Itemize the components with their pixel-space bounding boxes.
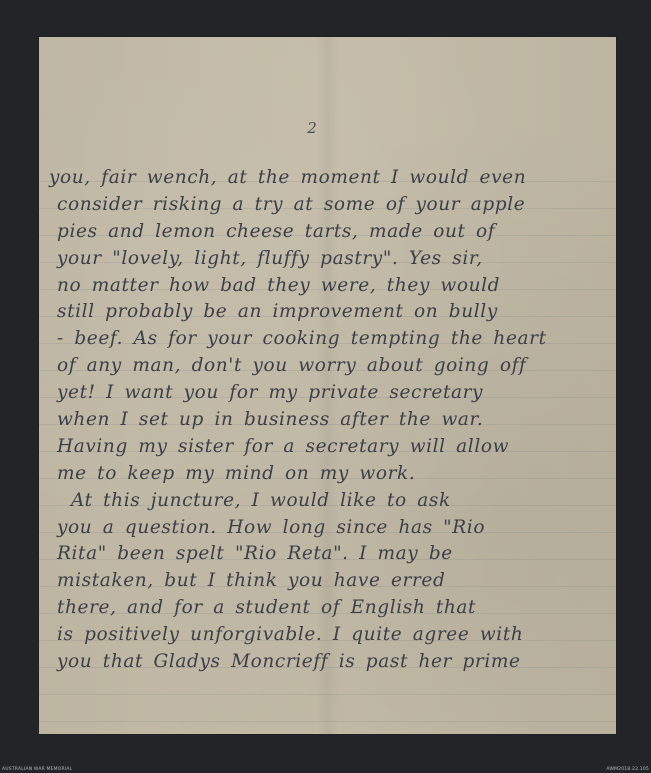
item-id-label: AWM2018.22.105: [606, 767, 649, 772]
text-line: you, fair wench, at the moment I would e…: [49, 165, 611, 192]
document-viewer: 2 you, fair wench, at the moment I would…: [0, 0, 651, 773]
text-line: you that Gladys Moncrieff is past her pr…: [49, 649, 611, 676]
text-line: yet! I want you for my private secretary: [49, 380, 611, 407]
text-line: Having my sister for a secretary will al…: [49, 434, 611, 461]
text-line: consider risking a try at some of your a…: [49, 192, 611, 219]
text-line: there, and for a student of English that: [49, 595, 611, 622]
text-line: of any man, don't you worry about going …: [49, 353, 611, 380]
text-line: no matter how bad they were, they would: [49, 273, 611, 300]
text-line: your "lovely, light, fluffy pastry". Yes…: [49, 246, 611, 273]
text-line: when I set up in business after the war.: [49, 407, 611, 434]
letter-body: you, fair wench, at the moment I would e…: [49, 165, 611, 676]
text-line: you a question. How long since has "Rio: [49, 515, 611, 542]
text-line: pies and lemon cheese tarts, made out of: [49, 219, 611, 246]
text-line: is positively unforgivable. I quite agre…: [49, 622, 611, 649]
text-line: me to keep my mind on my work.: [49, 461, 611, 488]
institution-label: AUSTRALIAN WAR MEMORIAL: [2, 767, 72, 772]
text-line: still probably be an improvement on bull…: [49, 299, 611, 326]
text-line: At this juncture, I would like to ask: [49, 488, 611, 515]
text-line: Rita" been spelt "Rio Reta". I may be: [49, 541, 611, 568]
page-number: 2: [307, 119, 317, 137]
text-line: mistaken, but I think you have erred: [49, 568, 611, 595]
letter-page: 2 you, fair wench, at the moment I would…: [39, 37, 616, 734]
text-line: - beef. As for your cooking tempting the…: [49, 326, 611, 353]
